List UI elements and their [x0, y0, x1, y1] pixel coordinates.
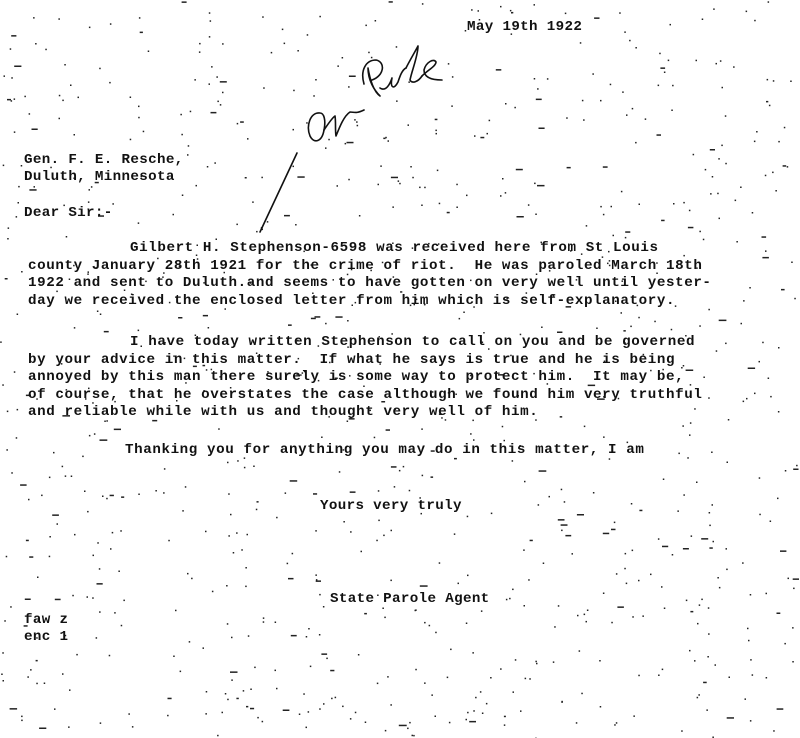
paragraph-line: annoyed by this man there surely is some… — [28, 369, 702, 387]
signature-title: State Parole Agent — [330, 590, 490, 608]
paragraph-line: by your advice in this matter. If what h… — [28, 352, 702, 370]
paragraph-line: Gilbert H. Stephenson-6598 was received … — [28, 240, 712, 258]
letter-date: May 19th 1922 — [467, 18, 582, 36]
recipient-name: Gen. F. E. Resche, — [24, 151, 184, 169]
paragraph-line: of course, that he overstates the case a… — [28, 387, 702, 405]
paragraph-line: I have today written Stephenson to call … — [28, 334, 702, 352]
paragraph-line: 1922 and sent to Duluth.and seems to hav… — [28, 275, 712, 293]
enclosure-note: enc 1 — [24, 628, 68, 646]
paragraph-line: county January 28th 1921 for the crime o… — [28, 258, 712, 276]
salutation: Dear Sir:- — [24, 204, 113, 222]
paragraph-line: and reliable while with us and thought v… — [28, 404, 702, 422]
handwritten-annotation-on-parole: on Parole — [240, 40, 480, 240]
typist-initials: faw z — [24, 611, 68, 629]
body-paragraph-1: Gilbert H. Stephenson-6598 was received … — [28, 240, 712, 310]
complimentary-closing: Yours very truly — [320, 497, 462, 515]
paragraph-line: Thanking you for anything you may do in … — [125, 442, 645, 460]
body-paragraph-2: I have today written Stephenson to call … — [28, 334, 702, 422]
body-paragraph-3: Thanking you for anything you may do in … — [125, 442, 645, 460]
recipient-location: Duluth, Minnesota — [24, 168, 175, 186]
paragraph-line: day we received the enclosed letter from… — [28, 293, 712, 311]
